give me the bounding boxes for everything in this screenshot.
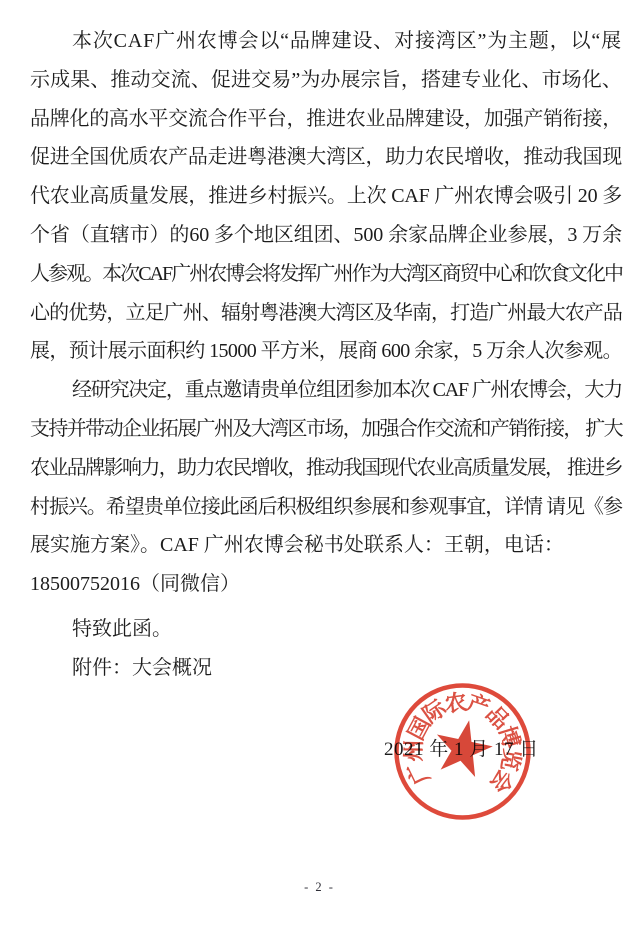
body-text-line: 个省（直辖市）的60 多个地区组团、500 余家品牌企业参展，3 万余: [30, 216, 622, 255]
body-text-line: 18500752016（同微信）: [30, 565, 622, 604]
body-text-line: 示成果、推动交流、促进交易”为办展宗旨，搭建专业化、市场化、: [30, 61, 622, 100]
body-text-line: 农业品牌影响力，助力农民增收，推动我国现代农业高质量发展， 推进乡: [30, 449, 622, 488]
body-text-line: 展实施方案》。CAF 广州农博会秘书处联系人：王朝，电话：: [30, 526, 622, 565]
body-text-line: 展，预计展示面积约 15000 平方米，展商 600 余家，5 万余人次参观。: [30, 332, 622, 371]
body-text-line: 心的优势，立足广州、辐射粤港澳大湾区及华南，打造广州最大农产品: [30, 294, 622, 333]
body-text-line: 村振兴。希望贵单位接此函后积极组织参展和参观事宜，详情 请见《参: [30, 488, 622, 527]
body-text-line: 品牌化的高水平交流合作平台，推进农业品牌建设，加强产销衔接，: [30, 100, 622, 139]
body-text-line: 经研究决定，重点邀请贵单位组团参加本次 CAF 广州农博会，大力: [30, 371, 622, 410]
page-number: - 2 -: [0, 880, 639, 895]
body-text-line: 促进全国优质农产品走进粤港澳大湾区，助力农民增收，推动我国现: [30, 138, 622, 177]
body-text-line: 支持并带动企业拓展广州及大湾区市场，加强合作交流和产销衔接， 扩大: [30, 410, 622, 449]
body-text-line: 代农业高质量发展，推进乡村振兴。上次 CAF 广州农博会吸引 20 多: [30, 177, 622, 216]
official-seal: 广州国际农产品博览会: [387, 676, 538, 827]
body-text-line: 本次CAF广州农博会以“品牌建设、对接湾区”为主题，以“展: [30, 22, 622, 61]
body-text-line: 特致此函。: [30, 610, 622, 649]
letter-body: 本次CAF广州农博会以“品牌建设、对接湾区”为主题，以“展示成果、推动交流、促进…: [30, 22, 622, 688]
body-text-line: 人参观。本次CAF广州农博会将发挥广州作为大湾区商贸中心和饮食文化中: [30, 255, 622, 294]
document-page: 本次CAF广州农博会以“品牌建设、对接湾区”为主题，以“展示成果、推动交流、促进…: [0, 0, 639, 926]
